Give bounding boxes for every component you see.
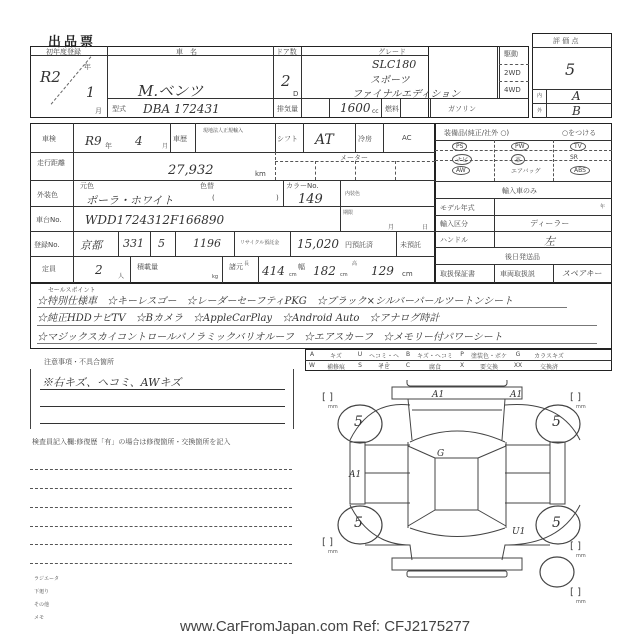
plate-number: 1196 [193, 237, 221, 250]
vin-value: WDD1724312F166890 [85, 213, 224, 227]
plate-class: 331 [123, 237, 144, 250]
inspection-month: 4 [135, 134, 143, 148]
legend-code: S [355, 362, 365, 369]
legend-desc: カラスキズ [529, 351, 569, 360]
inspector-footer-label: ラジエータ [34, 575, 59, 582]
tire-tread-value: 5 [354, 414, 363, 430]
grade-line3: ファイナルエディション [352, 85, 460, 100]
length-value: 414 [262, 264, 285, 278]
equipment-item: SR [570, 154, 578, 161]
model-code: DBA 172431 [143, 102, 220, 116]
fuel-value: ガソリン [448, 104, 476, 114]
score-value: 5 [565, 60, 575, 79]
legend-desc: 腐食 [417, 362, 453, 371]
legend-desc: 要交換 [471, 362, 507, 371]
equipment-item: ナビ [452, 154, 472, 165]
legend-desc: キズ・ヘコミ [417, 351, 453, 360]
legend-code: G [511, 351, 525, 358]
width-value: 182 [313, 264, 336, 278]
legend-code: A [307, 351, 317, 358]
first-reg-month: 1 [86, 85, 95, 101]
watermark-footer: www.CarFromJapan.com Ref: CFJ2175277 [180, 618, 470, 635]
tread-bracket: [ ] [570, 392, 581, 403]
recycle-amount: 15,020 [297, 237, 339, 251]
legend-desc: 塗装色・ボケ [471, 351, 507, 360]
first-reg-year: R2 [40, 68, 61, 86]
grade-line2: スポーツ [370, 71, 410, 86]
damage-mark: A1 [432, 390, 444, 400]
legend-code: B [403, 351, 413, 358]
sales-points-line2: ☆純正HDDナビTV ☆Bカメラ ☆AppleCarPlay ☆Android … [37, 309, 439, 324]
damage-mark: A1 [349, 470, 361, 480]
exterior-score: B [572, 104, 581, 118]
displacement-label: 排気量 [277, 104, 298, 114]
spare-key: スペアキー [562, 268, 602, 279]
equipment-item: ABS [570, 166, 590, 175]
tread-bracket: [ ] [322, 392, 333, 403]
sales-points-line3: ☆マジックスカイコントロールパノラミックバリオルーフ ☆エアスカーフ ☆メモリー… [37, 328, 503, 343]
capacity-value: 2 [95, 263, 103, 277]
legend-code: XX [511, 362, 525, 369]
legend-code: X [457, 362, 467, 369]
inspector-footer-label: メモ [34, 614, 44, 621]
car-name: M.ベンツ [138, 80, 203, 101]
damage-mark: A1 [510, 390, 522, 400]
shift-value: AT [315, 132, 334, 148]
import-type-value: ディーラー [530, 218, 569, 229]
tire-tread-value: 5 [354, 515, 363, 531]
height-value: 129 [371, 264, 394, 278]
doors-value: 2 [281, 72, 291, 90]
interior-score: A [572, 89, 581, 103]
equipment-item: PW [511, 142, 529, 151]
legend-desc: キズ [321, 351, 351, 360]
equipment-item: エアバッグ [511, 166, 541, 175]
tread-bracket: [ ] [570, 587, 581, 598]
equipment-item: AW [452, 166, 470, 175]
handle-value: 左 [544, 233, 555, 249]
car-name-label: 車 名 [176, 47, 197, 57]
inspector-footer-label: 下廻り [34, 588, 49, 595]
legend-code: P [457, 351, 467, 358]
legend-code: U [355, 351, 365, 358]
grade-label: グレード [378, 47, 406, 57]
mileage-value: 27,932 [168, 163, 214, 178]
color-value: ポーラ・ホワイト [86, 192, 174, 208]
equipment-item: 革 [511, 154, 525, 165]
inspector-label: 検査員記入欄:修復歴「有」の場合は修復箇所・交換箇所を記入 [32, 437, 230, 447]
inspection-year: R9 [85, 134, 102, 148]
ac-value: AC [402, 134, 412, 142]
tire-tread-value: 5 [552, 414, 561, 430]
grade-line1: SLC180 [372, 58, 416, 71]
damage-mark: U1 [512, 527, 525, 537]
displacement-value: 1600 [340, 101, 371, 115]
legend-desc: サビ [369, 362, 399, 371]
legend-desc: 補修痕 [321, 362, 351, 371]
damage-mark: G [437, 449, 444, 459]
sales-points-line1: ☆特別仕様車 ☆キーレスゴー ☆レーダーセーフティPKG ☆ブラック×シルバーパ… [37, 292, 513, 307]
tread-bracket: [ ] [570, 541, 581, 552]
tire-tread-value: 5 [552, 515, 561, 531]
tread-bracket: [ ] [322, 537, 333, 548]
doors-label: ドア数 [276, 47, 297, 57]
plate-region: 京都 [80, 237, 102, 253]
legend-code: W [307, 362, 317, 369]
inspector-footer-label: その他 [34, 601, 49, 608]
legend-code: C [403, 362, 413, 369]
equipment-item: TV [570, 142, 586, 151]
color-number: 149 [298, 192, 323, 207]
plate-kana: 5 [158, 237, 165, 250]
notes-text: ※右キズ、ヘコミ、AWキズ [42, 374, 181, 390]
first-reg-label: 初年度登録 [46, 47, 81, 57]
legend-desc: 交換済 [529, 362, 569, 371]
